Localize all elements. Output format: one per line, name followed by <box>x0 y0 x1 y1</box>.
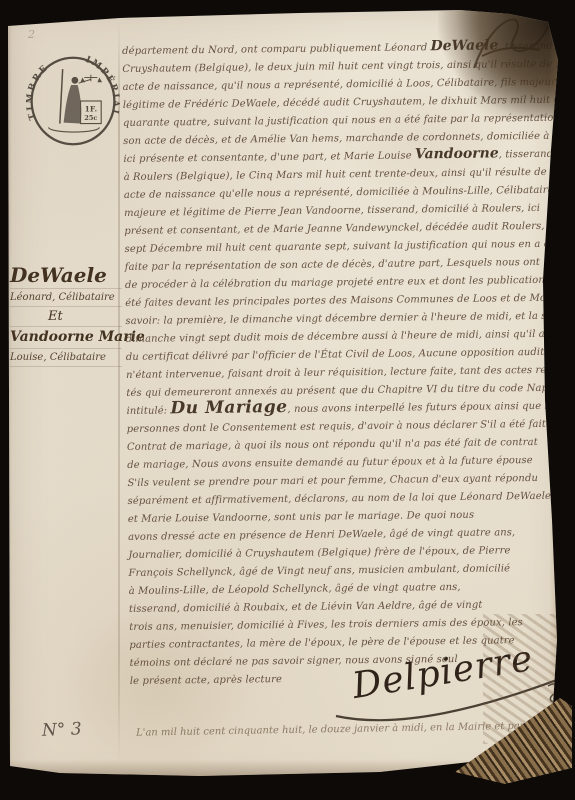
scanned-register-photo: TIMBRE IMPÉRIAL 1F. 25c 2 DeWaele <box>0 0 575 800</box>
margin-groom-detail: Léonard, Célibataire <box>10 289 122 307</box>
line-text: intitulé: <box>126 405 170 417</box>
manuscript-page: TIMBRE IMPÉRIAL 1F. 25c 2 DeWaele <box>0 0 575 800</box>
margin-conjunction: Et <box>10 307 122 327</box>
timbre-imperial-stamp: TIMBRE IMPÉRIAL 1F. 25c <box>26 52 120 150</box>
stamp-arc-left-text: TIMBRE <box>26 63 51 121</box>
pencil-page-mark: 2 <box>28 28 35 41</box>
act-body-text: département du Nord, ont comparu publiqu… <box>122 35 570 688</box>
margin-groom-surname: DeWaele <box>10 262 122 289</box>
emphasized-name: Vandoorne <box>415 145 499 162</box>
line-text: , tisserande, née <box>499 148 575 160</box>
stamp-value-25c: 25c <box>84 114 97 122</box>
line-text: le présent acte, après lecture <box>130 674 282 687</box>
page-right-deckle-edge <box>549 0 575 800</box>
stamp-value-1f: 1F. <box>85 104 97 113</box>
act-number: N° 3 <box>42 719 82 740</box>
page-left-edge-shade <box>0 0 12 800</box>
justice-figure-engraving <box>49 69 103 132</box>
margin-annotation: DeWaele Léonard, Célibataire Et Vandoorn… <box>10 262 122 367</box>
margin-bride-detail: Louise, Célibataire <box>10 349 122 367</box>
margin-bride-surname: Vandoorne Marie <box>10 327 122 349</box>
svg-text:TIMBRE: TIMBRE <box>26 63 51 121</box>
